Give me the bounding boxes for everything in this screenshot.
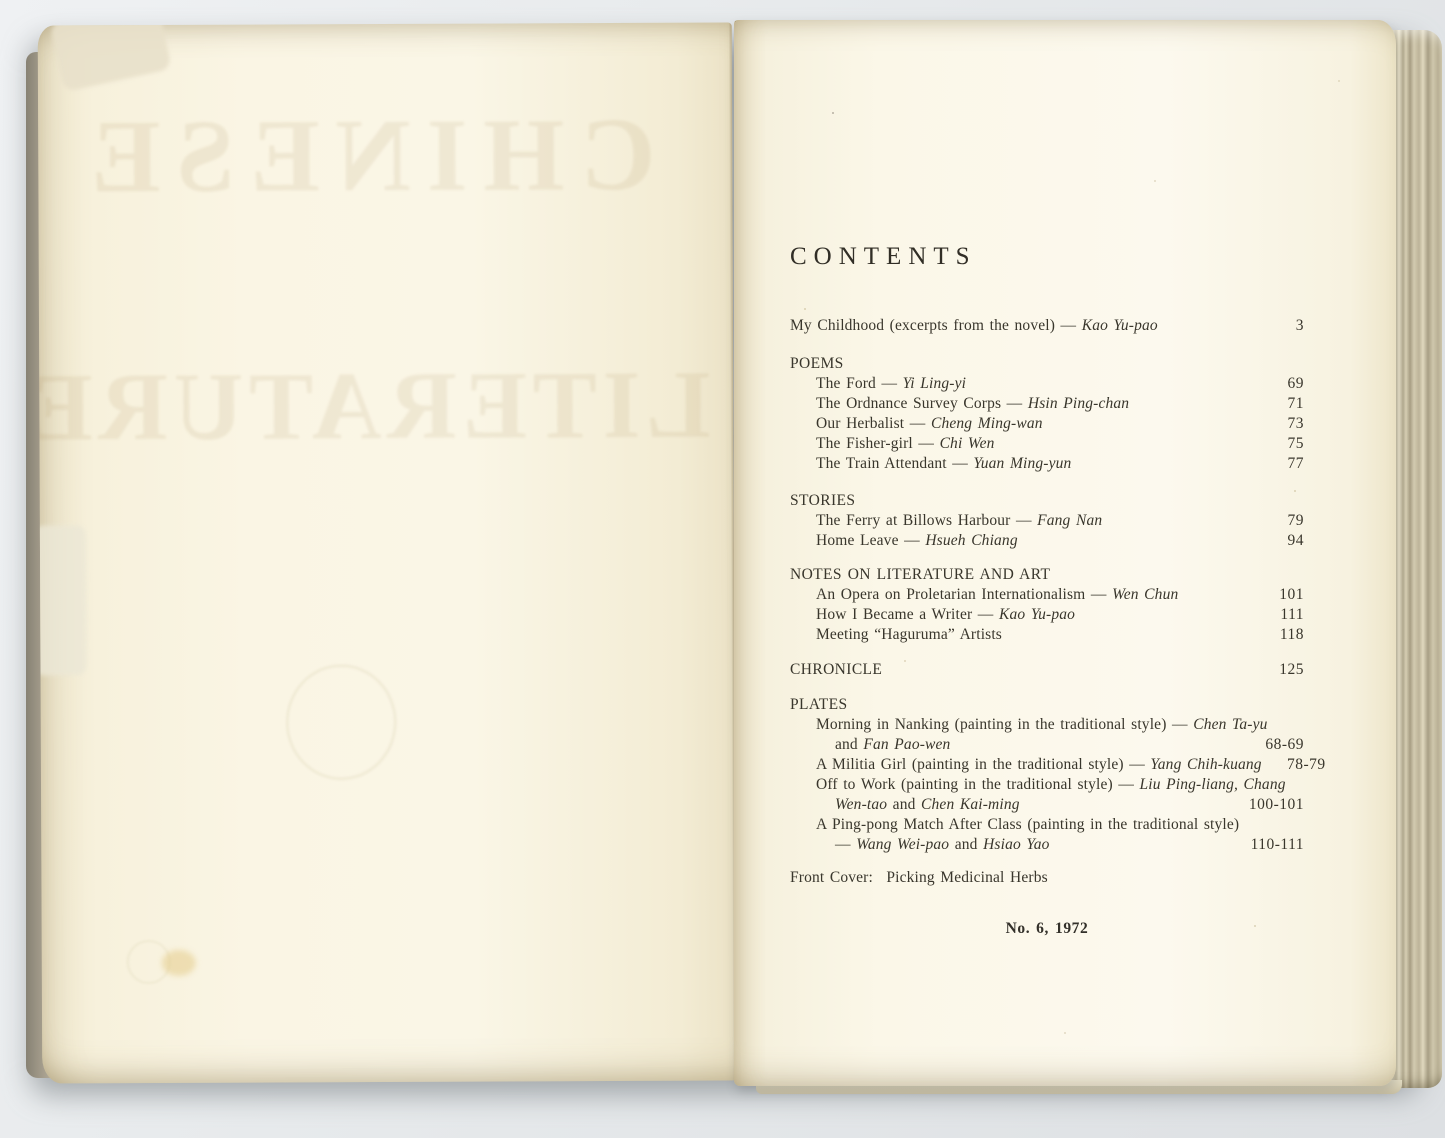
toc-entry-text: Our Herbalist — Cheng Ming-wan <box>790 414 1043 434</box>
toc-entry-text: CHRONICLE <box>790 660 882 680</box>
toc-entry-text: Home Leave — Hsueh Chiang <box>790 531 1018 551</box>
toc-row: The Ferry at Billows Harbour — Fang Nan7… <box>790 511 1304 531</box>
toc-page-number: 68-69 <box>1240 735 1304 755</box>
edge-scuff-patch <box>38 525 87 675</box>
contents-page: CONTENTS My Childhood (excerpts from the… <box>734 20 1396 1086</box>
toc-section-row: POEMS <box>790 354 1304 374</box>
book-scan: CHINESE LITERATURE CONTENTS My Childhood… <box>0 0 1445 1138</box>
toc-row: How I Became a Writer — Kao Yu-pao111 <box>790 605 1304 625</box>
toc-page-number: 110-111 <box>1240 835 1304 855</box>
left-blank-page: CHINESE LITERATURE <box>38 22 737 1083</box>
toc-entry-text: and Fan Pao-wen <box>790 735 950 755</box>
stain-ring <box>285 664 397 780</box>
toc-row: Morning in Nanking (painting in the trad… <box>790 715 1304 735</box>
toc-entry-text: A Militia Girl (painting in the traditio… <box>790 755 1262 775</box>
toc-row: The Ford — Yi Ling-yi69 <box>790 374 1304 394</box>
paper-speckles <box>734 20 736 22</box>
toc-entry-text: The Train Attendant — Yuan Ming-yun <box>790 454 1071 474</box>
toc-entry-text: Morning in Nanking (painting in the trad… <box>790 715 1268 735</box>
table-of-contents: CONTENTS My Childhood (excerpts from the… <box>790 242 1304 939</box>
toc-section-row: PLATES <box>790 695 1304 715</box>
toc-entry-text: A Ping-pong Match After Class (painting … <box>790 815 1239 835</box>
toc-row: A Militia Girl (painting in the traditio… <box>790 755 1304 775</box>
toc-entry-text: Front Cover: Picking Medicinal Herbs <box>790 868 1048 888</box>
toc-row: — Wang Wei-pao and Hsiao Yao110-111 <box>790 835 1304 855</box>
toc-page-number: 69 <box>1240 374 1304 394</box>
toc-entry-text: My Childhood (excerpts from the novel) —… <box>790 316 1158 336</box>
toc-page-number: 78-79 <box>1262 755 1326 775</box>
toc-row: Our Herbalist — Cheng Ming-wan73 <box>790 414 1304 434</box>
toc-page-number: 77 <box>1240 454 1304 474</box>
toc-page-number: 101 <box>1240 585 1304 605</box>
toc-entry-text: The Ordnance Survey Corps — Hsin Ping-ch… <box>790 394 1129 414</box>
toc-page-number: 118 <box>1240 625 1304 645</box>
toc-entry-text: The Ferry at Billows Harbour — Fang Nan <box>790 511 1102 531</box>
toc-section-row: NOTES ON LITERATURE AND ART <box>790 565 1304 585</box>
ghost-line-2: LITERATURE <box>38 357 714 456</box>
toc-page-number: 73 <box>1240 414 1304 434</box>
right-page-stack-edges <box>1392 30 1442 1088</box>
toc-row: Wen-tao and Chen Kai-ming100-101 <box>790 795 1304 815</box>
toc-entry-text: The Ford — Yi Ling-yi <box>790 374 966 394</box>
worn-corner <box>50 22 172 92</box>
toc-section-row: CHRONICLE125 <box>790 660 1304 680</box>
toc-page-number: 94 <box>1240 531 1304 551</box>
toc-row: A Ping-pong Match After Class (painting … <box>790 815 1304 835</box>
toc-row: and Fan Pao-wen68-69 <box>790 735 1304 755</box>
toc-entry-text: POEMS <box>790 354 844 374</box>
toc-row: My Childhood (excerpts from the novel) —… <box>790 316 1304 336</box>
toc-section-row: STORIES <box>790 491 1304 511</box>
issue-number: No. 6, 1972 <box>790 919 1304 939</box>
toc-rows-container: My Childhood (excerpts from the novel) —… <box>790 316 1304 888</box>
toc-entry-text: STORIES <box>790 491 855 511</box>
yellow-stain <box>162 950 196 976</box>
toc-entry-text: Wen-tao and Chen Kai-ming <box>790 795 1020 815</box>
toc-row: Meeting “Haguruma” Artists118 <box>790 625 1304 645</box>
ghost-line-1: CHINESE <box>38 103 713 210</box>
toc-page-number: 75 <box>1240 434 1304 454</box>
toc-row: The Ordnance Survey Corps — Hsin Ping-ch… <box>790 394 1304 414</box>
cover-title-bleedthrough: CHINESE LITERATURE <box>38 103 714 456</box>
toc-page-number: 71 <box>1240 394 1304 414</box>
toc-entry-text: How I Became a Writer — Kao Yu-pao <box>790 605 1075 625</box>
toc-entry-text: Meeting “Haguruma” Artists <box>790 625 1002 645</box>
toc-page-number: 79 <box>1240 511 1304 531</box>
toc-row: Front Cover: Picking Medicinal Herbs <box>790 868 1304 888</box>
toc-entry-text: Off to Work (painting in the traditional… <box>790 775 1286 795</box>
toc-entry-text: An Opera on Proletarian Internationalism… <box>790 585 1178 605</box>
toc-entry-text: — Wang Wei-pao and Hsiao Yao <box>790 835 1050 855</box>
toc-page-number: 125 <box>1240 660 1304 680</box>
toc-entry-text: PLATES <box>790 695 848 715</box>
toc-entry-text: NOTES ON LITERATURE AND ART <box>790 565 1050 585</box>
toc-page-number: 100-101 <box>1240 795 1304 815</box>
toc-row: Home Leave — Hsueh Chiang94 <box>790 531 1304 551</box>
toc-entry-text: The Fisher-girl — Chi Wen <box>790 434 995 454</box>
toc-row: An Opera on Proletarian Internationalism… <box>790 585 1304 605</box>
toc-page-number: 111 <box>1240 605 1304 625</box>
toc-row: The Fisher-girl — Chi Wen75 <box>790 434 1304 454</box>
toc-page-number: 3 <box>1240 316 1304 336</box>
toc-row: Off to Work (painting in the traditional… <box>790 775 1304 795</box>
contents-title: CONTENTS <box>790 242 1304 272</box>
toc-row: The Train Attendant — Yuan Ming-yun77 <box>790 454 1304 474</box>
